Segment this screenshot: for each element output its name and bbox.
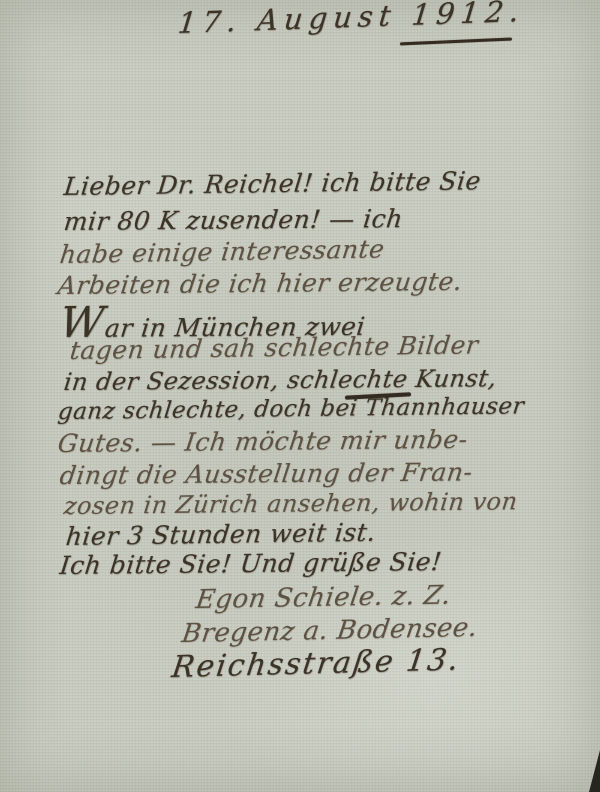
- body-line: habe einige interessante: [58, 234, 386, 269]
- body-line: dingt die Ausstellung der Fran-: [58, 457, 474, 490]
- address-line: Reichsstraße 13.: [170, 642, 463, 685]
- letter-page: 17. August 1912. Lieber Dr. Reichel! ich…: [0, 0, 600, 792]
- closing-line: Ich bitte Sie! Und grüße Sie!: [58, 547, 443, 580]
- body-line: Gutes. — Ich möchte mir unbe-: [56, 425, 469, 458]
- body-line: in der Sezession, schlechte Kunst,: [62, 364, 498, 396]
- body-line: hier 3 Stunden weit ist.: [64, 518, 377, 551]
- scan-corner-shadow: [589, 750, 600, 792]
- date-underline-flourish: [400, 38, 512, 46]
- body-line: mir 80 K zusenden! — ich: [62, 204, 404, 236]
- body-line: Arbeiten die ich hier erzeugte.: [56, 267, 464, 300]
- body-line: tagen und sah schlechte Bilder: [68, 330, 480, 365]
- body-line: Lieber Dr. Reichel! ich bitte Sie: [62, 166, 482, 201]
- body-line: zosen in Zürich ansehen, wohin von: [62, 487, 519, 520]
- date-line: 17. August 1912.: [176, 0, 526, 40]
- signature-line: Egon Schiele. z. Z.: [194, 581, 453, 616]
- body-line: ganz schlechte, doch bei Thannhauser: [57, 393, 526, 425]
